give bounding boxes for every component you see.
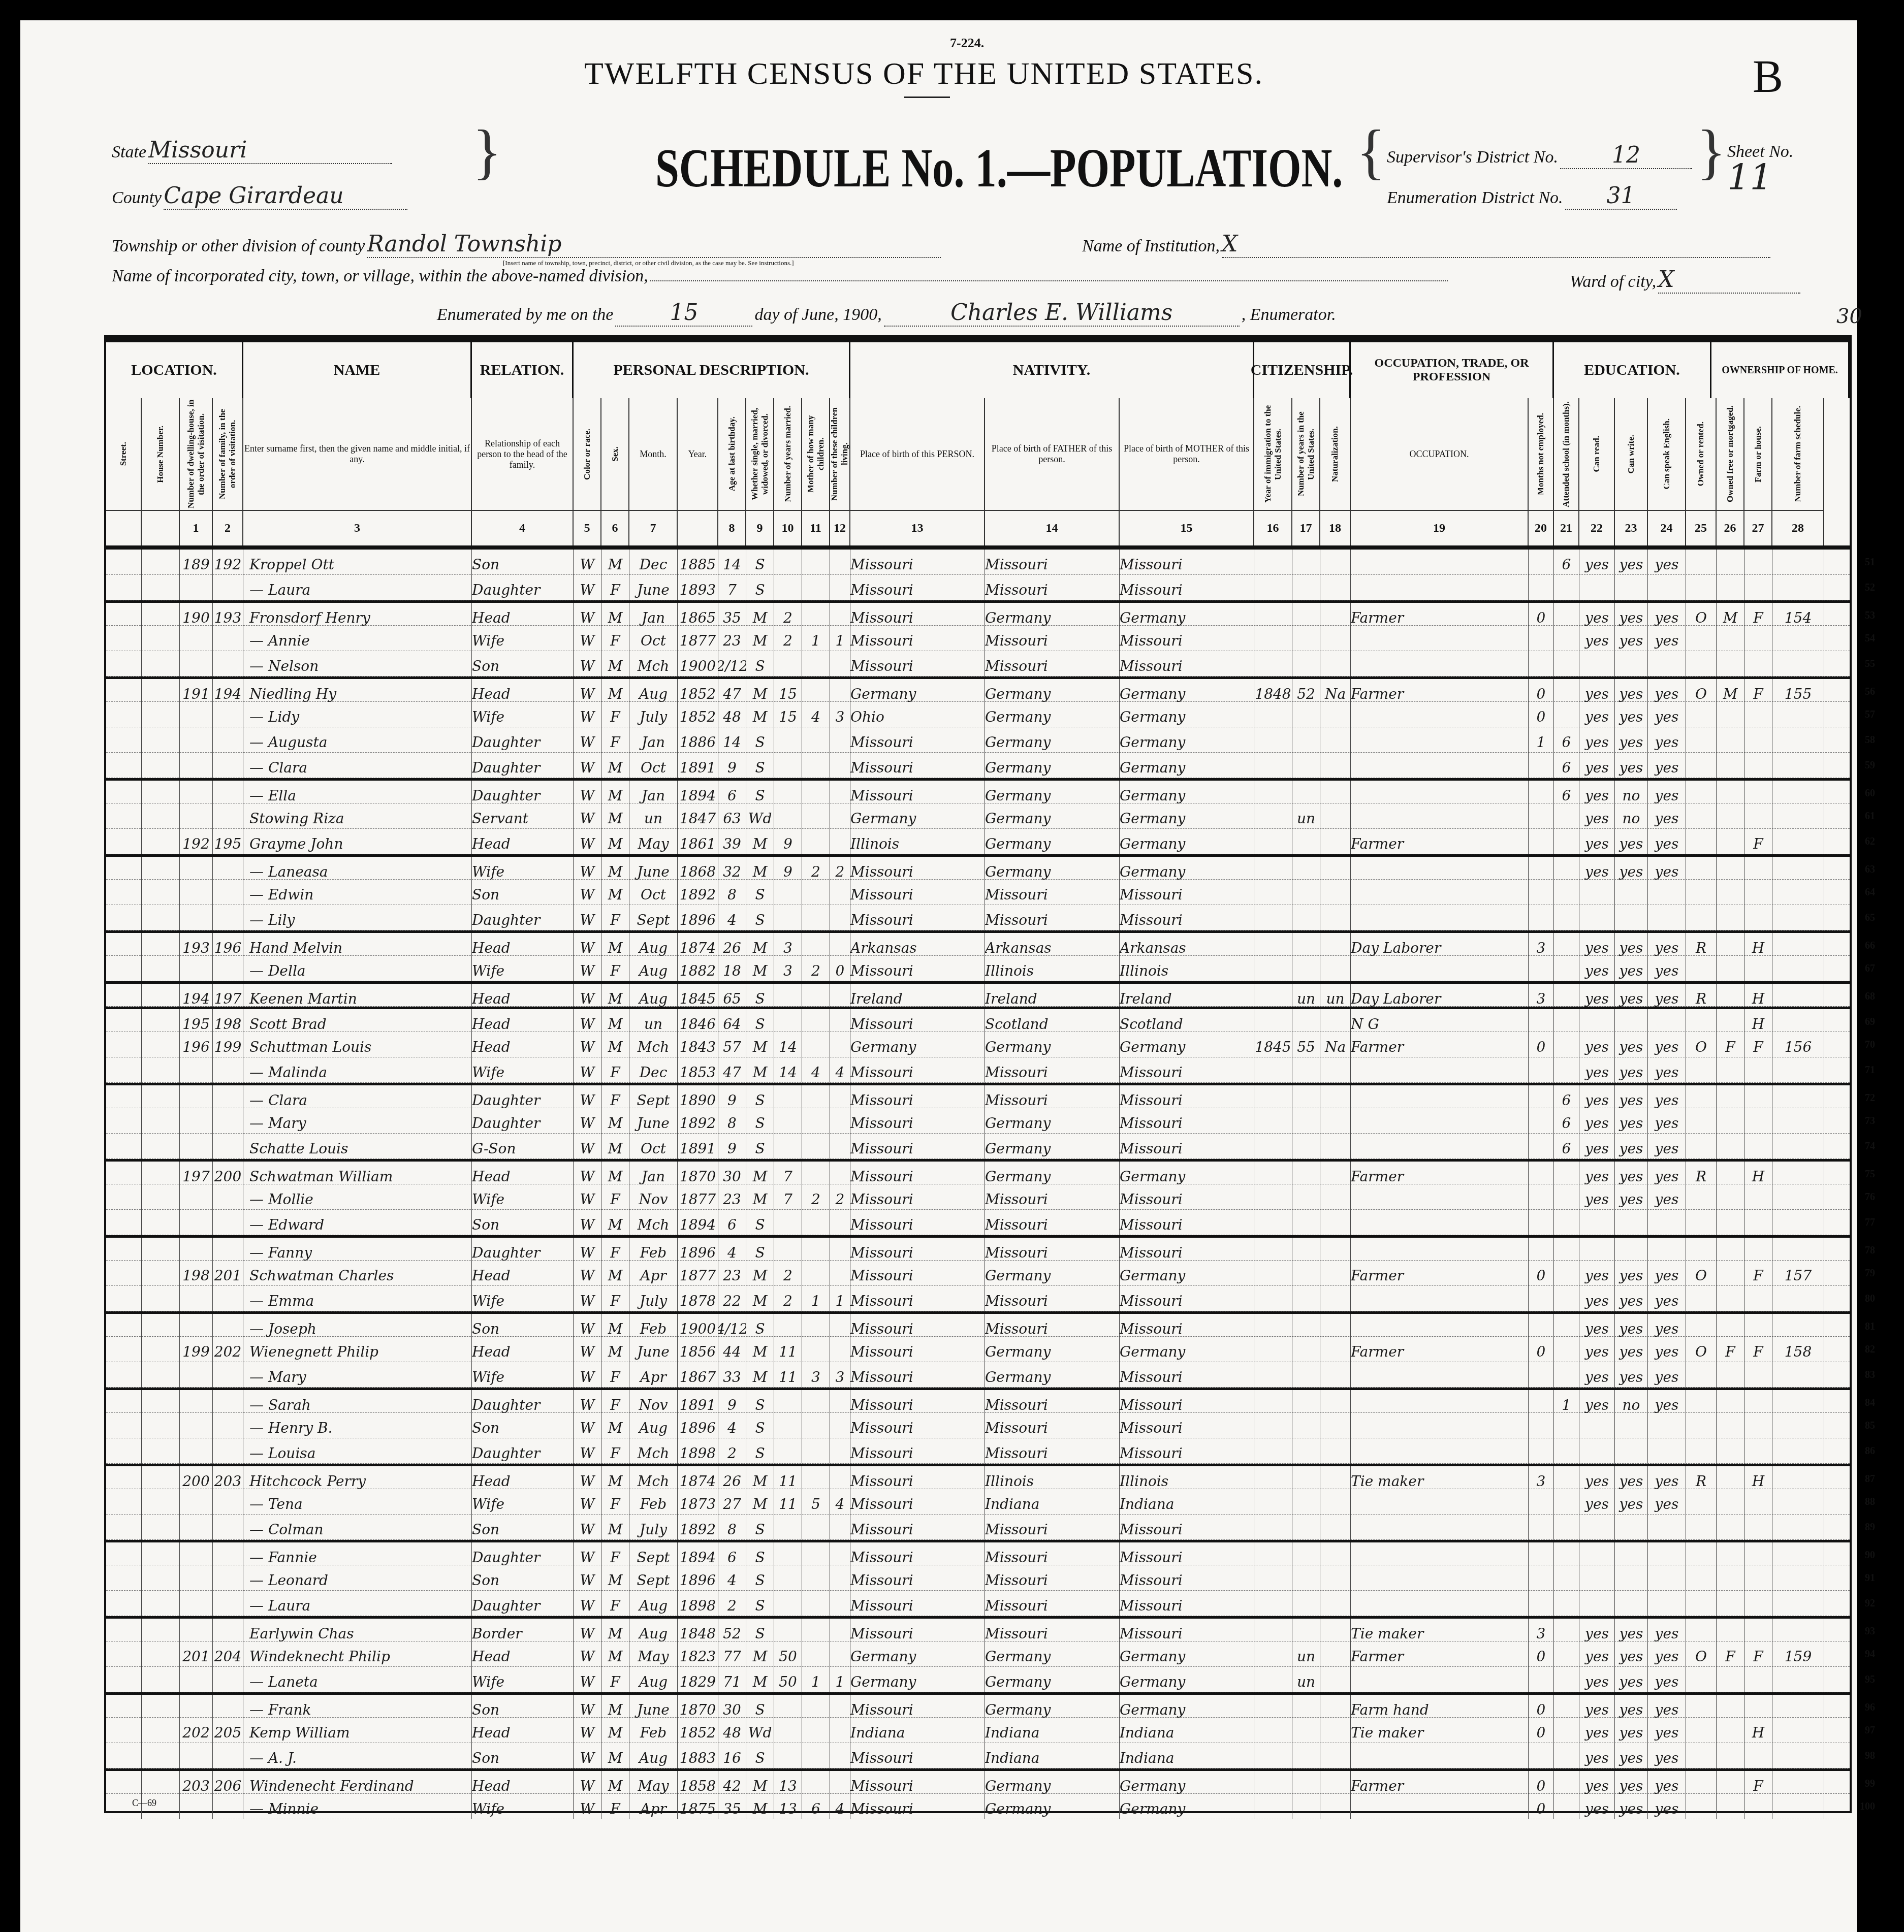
cell-occ: Tie maker [1351,1466,1529,1492]
cell-sched [1772,1085,1824,1111]
cell-write: yes [1615,1085,1648,1111]
cell-write: yes [1615,829,1648,854]
cell-name: — Edward [243,1210,472,1235]
cell-ym [774,1134,802,1159]
column-header-birth-person: Place of birth of this PERSON. [850,398,985,510]
line-number: 62 [1865,829,1875,854]
cell-ym [774,1009,802,1035]
cell-farm [1744,1743,1772,1768]
cell-mother [802,1515,830,1540]
cell-imm [1254,857,1292,882]
cell-yrs [1292,1210,1320,1235]
cell-free: F [1717,1337,1744,1362]
cell-school [1554,702,1579,727]
cell-marital: S [746,651,774,677]
cell-yrs: un [1292,803,1320,829]
cell-mother [802,727,830,753]
township-field: Township or other division of county Ran… [112,231,941,258]
cell-school [1554,1210,1579,1235]
table-row: Stowing RizaServantWMun184763WdGermanyGe… [106,803,1850,829]
cell-family [213,1565,243,1591]
cell-month: Oct [629,1134,678,1159]
cell-marital: S [746,984,774,1009]
cell-living: 3 [830,1362,850,1388]
cell-farm: H [1744,984,1772,1009]
cell-sched [1772,1134,1824,1159]
cell-bpm: Germany [1120,1695,1254,1720]
cell-marital: M [746,1794,774,1819]
cell-living: 0 [830,956,850,981]
cell-occ [1351,1314,1529,1339]
cell-imm [1254,781,1292,806]
column-number: 3 [243,510,472,545]
cell-marital: M [746,1261,774,1286]
cell-month: July [629,1286,678,1311]
cell-living [830,1695,850,1720]
table-row: — EdwinSonWMOct18928SMissouriMissouriMis… [106,880,1850,905]
cell-year: 1845 [678,984,718,1009]
cell-marital: Wd [746,803,774,829]
cell-mother: 1 [802,1286,830,1311]
cell-occ [1351,857,1529,882]
cell-relation: Daughter [472,1591,574,1616]
cell-farm [1744,651,1772,677]
table-row: — LouisaDaughterWFMch18982SMissouriMisso… [106,1438,1850,1464]
cell-bpm: Missouri [1120,1057,1254,1083]
cell-occ [1351,626,1529,651]
cell-write: no [1615,803,1648,829]
cell-color: W [574,956,601,981]
right-brace-open: { [1356,117,1386,187]
cell-free [1717,1667,1744,1692]
cell-school [1554,1489,1579,1515]
cell-mother: 5 [802,1489,830,1515]
cell-free [1717,984,1744,1009]
cell-farm [1744,1238,1772,1263]
cell-color: W [574,1667,601,1692]
cell-farm [1744,1134,1772,1159]
line-number: 67 [1865,956,1875,981]
cell-name: Windenecht Ferdinand [243,1771,472,1796]
cell-sex: M [601,803,629,829]
cell-school [1554,1794,1579,1819]
county-label: County [112,188,162,207]
cell-dwelling [180,1210,213,1235]
cell-bp: Missouri [850,1489,985,1515]
cell-school [1554,603,1579,628]
cell-bpm: Missouri [1120,1619,1254,1644]
cell-house-number [142,679,180,704]
cell-own [1686,1085,1717,1111]
cell-month: Aug [629,984,678,1009]
cell-sched [1772,550,1824,575]
cell-sex: M [601,679,629,704]
cell-bpf: Germany [985,753,1120,778]
cell-age: 52 [718,1619,746,1644]
cell-speak: yes [1648,829,1686,854]
cell-family [213,1619,243,1644]
margin-note: 30 [1836,305,1862,328]
cell-living [830,829,850,854]
cell-bpf: Germany [985,679,1120,704]
cell-own [1686,857,1717,882]
institution-label: Name of Institution, [1082,237,1220,255]
cell-family: 197 [213,984,243,1009]
cell-occ: Farm hand [1351,1695,1529,1720]
cell-school [1554,933,1579,958]
cell-dwelling: 196 [180,1032,213,1057]
cell-occ: Day Laborer [1351,933,1529,958]
cell-bpf: Missouri [985,1238,1120,1263]
cell-family [213,753,243,778]
column-number [142,510,180,545]
cell-dwelling [180,1362,213,1388]
cell-own [1686,1542,1717,1568]
cell-free [1717,1390,1744,1415]
cell-farm: F [1744,1771,1772,1796]
cell-living [830,1619,850,1644]
cell-bpf: Germany [985,1134,1120,1159]
line-number: 63 [1865,857,1875,882]
cell-sex: F [601,702,629,727]
cell-imm [1254,956,1292,981]
cell-free [1717,626,1744,651]
cell-mne [1529,1057,1554,1083]
cell-write [1615,1210,1648,1235]
cell-family: 194 [213,679,243,704]
cell-bpf: Missouri [985,1085,1120,1111]
cell-bp: Germany [850,1667,985,1692]
cell-farm: F [1744,1032,1772,1057]
state-value: Missouri [148,137,392,164]
cell-imm [1254,702,1292,727]
cell-ym [774,550,802,575]
cell-dwelling: 199 [180,1337,213,1362]
cell-color: W [574,753,601,778]
cell-family [213,905,243,930]
cell-speak [1648,1009,1686,1035]
cell-mne [1529,1515,1554,1540]
cell-dwelling: 191 [180,679,213,704]
table-row: — DellaWifeWFAug188218M320MissouriIllino… [106,956,1850,981]
cell-year: 1898 [678,1591,718,1616]
cell-mother [802,550,830,575]
cell-write [1615,1565,1648,1591]
cell-living: 4 [830,1489,850,1515]
cell-own [1686,753,1717,778]
line-number: 56 [1865,679,1875,704]
cell-school [1554,1771,1579,1796]
cell-year: 1894 [678,1542,718,1568]
cell-bp: Missouri [850,1619,985,1644]
cell-house-number [142,1438,180,1464]
cell-own [1686,1362,1717,1388]
cell-marital: S [746,1438,774,1464]
cell-sched: 156 [1772,1032,1824,1057]
cell-name: — Clara [243,1085,472,1111]
cell-bpm: Illinois [1120,1466,1254,1492]
cell-read [1579,1542,1615,1568]
cell-free [1717,1314,1744,1339]
cell-family [213,702,243,727]
cell-bpf: Missouri [985,1286,1120,1311]
cell-imm [1254,1771,1292,1796]
cell-house-number [142,1286,180,1311]
cell-living [830,933,850,958]
cell-name: — Edwin [243,880,472,905]
cell-relation: Daughter [472,1542,574,1568]
cell-house-number [142,1362,180,1388]
cell-street [106,1314,142,1339]
cell-read: yes [1579,1794,1615,1819]
cell-relation: Head [472,829,574,854]
cell-relation: Daughter [472,753,574,778]
cell-read: yes [1579,1489,1615,1515]
cell-yrs [1292,1362,1320,1388]
cell-speak [1648,1413,1686,1438]
cell-imm [1254,1286,1292,1311]
cell-imm [1254,1362,1292,1388]
cell-color: W [574,651,601,677]
cell-yrs: un [1292,1667,1320,1692]
cell-bpf: Missouri [985,1565,1120,1591]
cell-marital: M [746,956,774,981]
cell-ym: 14 [774,1032,802,1057]
cell-month: Dec [629,550,678,575]
line-number: 93 [1865,1619,1875,1644]
cell-mne [1529,1591,1554,1616]
line-number: 61 [1865,803,1875,829]
cell-year: 1848 [678,1619,718,1644]
cell-bp: Missouri [850,651,985,677]
census-title: TWELFTH CENSUS OF THE UNITED STATES. [584,56,1263,92]
cell-mne [1529,1134,1554,1159]
cell-farm [1744,880,1772,905]
cell-yrs [1292,933,1320,958]
cell-occ: Farmer [1351,1771,1529,1796]
cell-age: 18 [718,956,746,981]
cell-living [830,1032,850,1057]
cell-yrs [1292,1438,1320,1464]
cell-house-number [142,1641,180,1667]
cell-ym: 7 [774,1162,802,1187]
cell-marital: M [746,1286,774,1311]
column-header-occupation: OCCUPATION. [1351,398,1529,510]
township-value: Randol Township [367,231,941,258]
cell-year: 1891 [678,1134,718,1159]
cell-own [1686,550,1717,575]
cell-imm [1254,905,1292,930]
cell-mne: 0 [1529,1771,1554,1796]
cell-dwelling: 201 [180,1641,213,1667]
sheet-field: Sheet No. 11 [1727,142,1793,198]
cell-street [106,1667,142,1692]
cell-street [106,1619,142,1644]
cell-bp: Missouri [850,1591,985,1616]
cell-bp: Missouri [850,1743,985,1768]
cell-speak [1648,1210,1686,1235]
cell-farm [1744,575,1772,600]
cell-name: — Mollie [243,1184,472,1210]
cell-read: yes [1579,1641,1615,1667]
cell-mother [802,933,830,958]
cell-mne [1529,1362,1554,1388]
cell-sched [1772,1667,1824,1692]
cell-sex: F [601,1362,629,1388]
cell-year: 1878 [678,1286,718,1311]
cell-sex: M [601,753,629,778]
cell-mother [802,1466,830,1492]
cell-bpf: Indiana [985,1743,1120,1768]
cell-dwelling [180,880,213,905]
cell-street [106,1210,142,1235]
cell-own [1686,781,1717,806]
cell-free [1717,933,1744,958]
cell-mother [802,1238,830,1263]
cell-imm [1254,1565,1292,1591]
cell-mother [802,1134,830,1159]
cell-nat [1320,1286,1351,1311]
cell-free [1717,1794,1744,1819]
cell-street [106,984,142,1009]
cell-yrs [1292,1108,1320,1134]
cell-sex: F [601,1184,629,1210]
cell-ym: 7 [774,1184,802,1210]
line-number: 59 [1865,753,1875,778]
cell-bp: Missouri [850,1134,985,1159]
cell-sex: M [601,781,629,806]
column-header-naturalization: Naturalization. [1320,398,1351,510]
cell-bpm: Missouri [1120,1210,1254,1235]
cell-dwelling [180,575,213,600]
cell-dwelling: 200 [180,1466,213,1492]
cell-sched [1772,1009,1824,1035]
cell-mne [1529,1162,1554,1187]
cell-yrs [1292,1057,1320,1083]
cell-yrs [1292,1184,1320,1210]
cell-living [830,984,850,1009]
line-number: 71 [1865,1057,1875,1083]
cell-bp: Missouri [850,880,985,905]
cell-month: Aug [629,1667,678,1692]
cell-school [1554,857,1579,882]
cell-color: W [574,1162,601,1187]
cell-yrs [1292,1238,1320,1263]
cell-nat [1320,550,1351,575]
cell-color: W [574,984,601,1009]
cell-occ: Tie maker [1351,1718,1529,1743]
table-row: — A. J.SonWMAug188316SMissouriIndianaInd… [106,1743,1850,1768]
cell-imm [1254,1438,1292,1464]
column-header-color: Color or race. [574,398,601,510]
cell-bp: Missouri [850,1542,985,1568]
cell-street [106,575,142,600]
cell-read [1579,1591,1615,1616]
cell-sched [1772,1210,1824,1235]
enumerated-prefix: Enumerated by me on the [437,305,613,324]
cell-marital: S [746,880,774,905]
state-field: State Missouri [112,137,392,164]
cell-bpm: Missouri [1120,1362,1254,1388]
cell-read: yes [1579,1286,1615,1311]
cell-read: yes [1579,603,1615,628]
cell-free [1717,1619,1744,1644]
cell-bpm: Indiana [1120,1489,1254,1515]
column-number: 5 [574,510,601,545]
cell-ym: 11 [774,1489,802,1515]
cell-living [830,727,850,753]
cell-age: 9 [718,753,746,778]
cell-yrs [1292,1286,1320,1311]
cell-read: yes [1579,984,1615,1009]
table-row: — TenaWifeWFFeb187327M1154MissouriIndian… [106,1489,1850,1515]
column-header-years-married: Number of years married. [774,398,802,510]
cell-living: 4 [830,1794,850,1819]
cell-speak: yes [1648,1667,1686,1692]
cell-mne [1529,857,1554,882]
cell-sex: M [601,933,629,958]
cell-sched [1772,1057,1824,1083]
cell-dwelling: 198 [180,1261,213,1286]
cell-bpm: Missouri [1120,1565,1254,1591]
cell-age: 23 [718,1184,746,1210]
cell-write: yes [1615,1337,1648,1362]
cell-ym [774,1314,802,1339]
cell-family [213,1085,243,1111]
cell-school [1554,1718,1579,1743]
cell-speak: yes [1648,1057,1686,1083]
cell-own [1686,1134,1717,1159]
cell-sex: M [601,651,629,677]
cell-school [1554,575,1579,600]
cell-bp: Missouri [850,575,985,600]
cell-ym [774,1413,802,1438]
cell-marital: S [746,1009,774,1035]
cell-free: M [1717,679,1744,704]
column-number: 8 [718,510,746,545]
cell-bp: Missouri [850,1565,985,1591]
cell-relation: Head [472,679,574,704]
cell-free [1717,575,1744,600]
cell-free [1717,829,1744,854]
cell-occ: Tie maker [1351,1619,1529,1644]
cell-sex: F [601,575,629,600]
cell-own [1686,1695,1717,1720]
cell-ym [774,1591,802,1616]
cell-street [106,1591,142,1616]
cell-bp: Missouri [850,1314,985,1339]
table-row: 200203Hitchcock PerryHeadWMMch187426M11M… [106,1464,1850,1489]
cell-name: — Malinda [243,1057,472,1083]
line-number: 88 [1865,1489,1875,1515]
cell-read: yes [1579,1362,1615,1388]
cell-ym: 13 [774,1794,802,1819]
cell-bpf: Missouri [985,880,1120,905]
cell-bpf: Missouri [985,905,1120,930]
table-row: 195198Scott BradHeadWMun184664SMissouriS… [106,1007,1850,1032]
cell-bp: Missouri [850,1337,985,1362]
cell-yrs: 55 [1292,1032,1320,1057]
cell-relation: Son [472,1413,574,1438]
ward-value: X [1658,267,1800,294]
line-number: 96 [1865,1695,1875,1720]
cell-nat [1320,1466,1351,1492]
cell-year: 1861 [678,829,718,854]
cell-school: 6 [1554,1085,1579,1111]
cell-relation: Wife [472,857,574,882]
group-location: LOCATION. [106,342,243,398]
cell-dwelling [180,1085,213,1111]
